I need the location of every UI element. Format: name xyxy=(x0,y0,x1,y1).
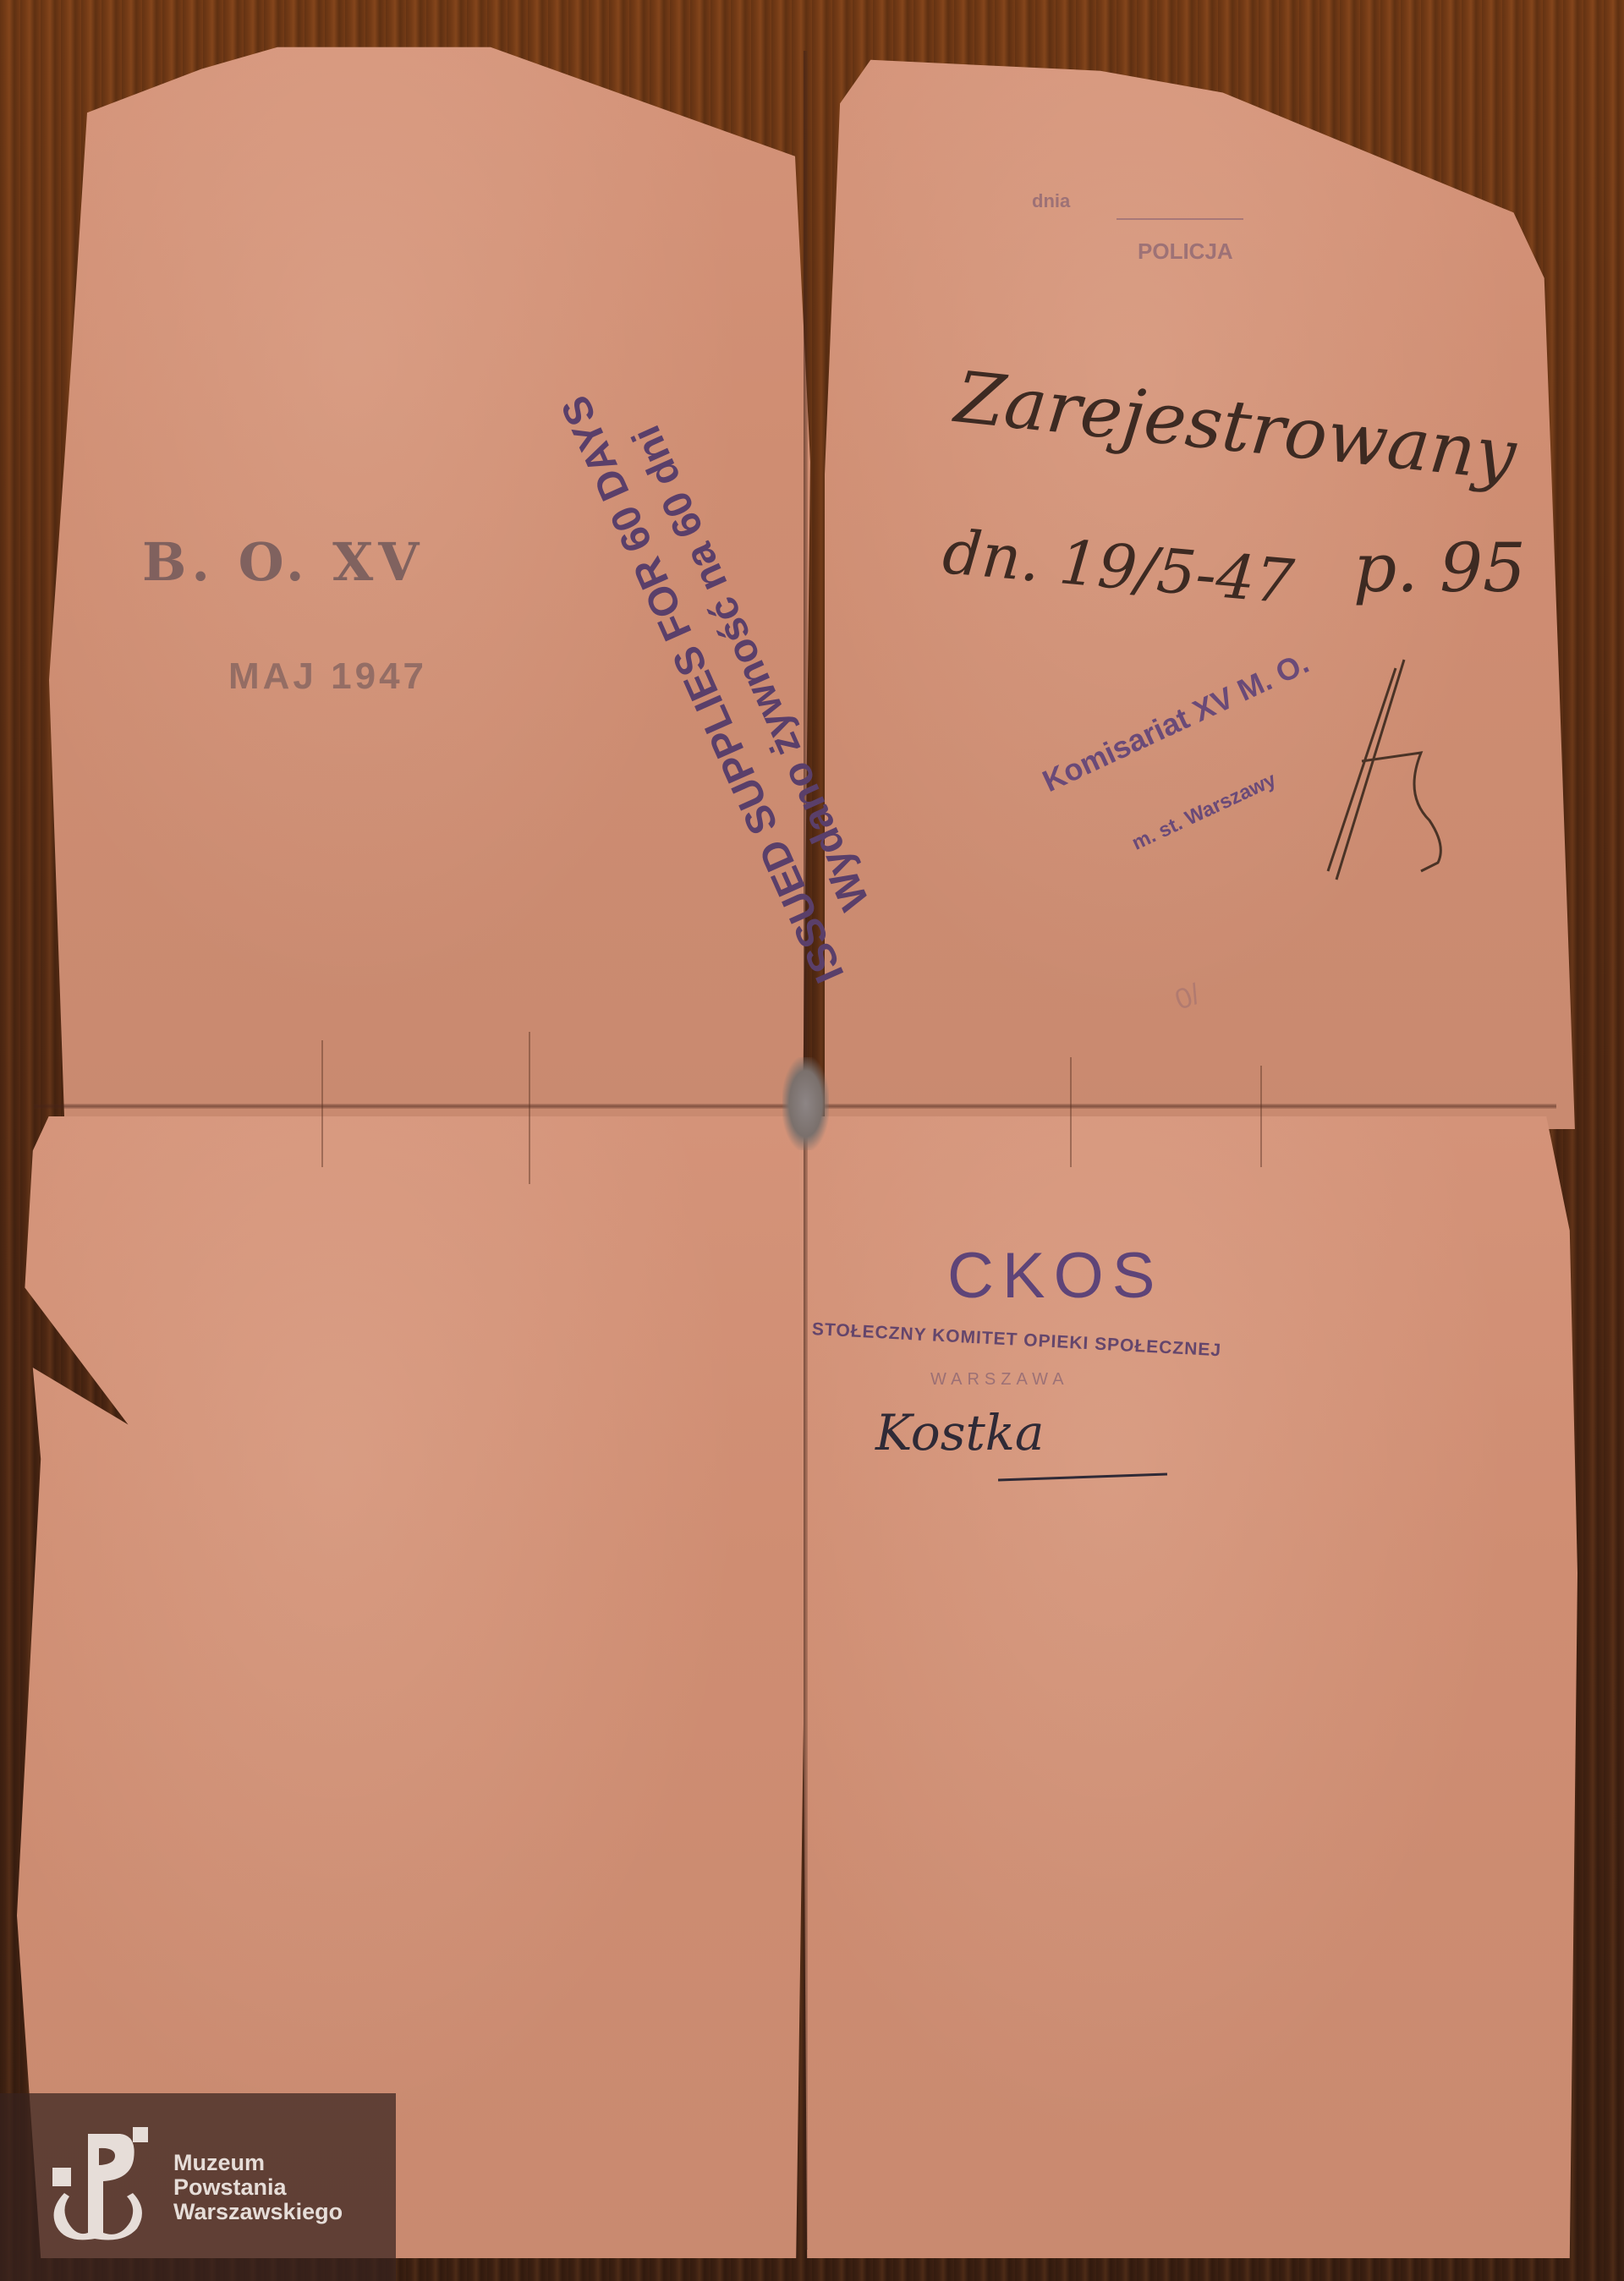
museum-name-line3: Warszawskiego xyxy=(173,2200,343,2224)
date-stamp: MAJ 1947 xyxy=(228,655,427,698)
document-panel-bottom-left xyxy=(17,1116,812,2258)
crease xyxy=(321,1040,323,1167)
museum-name-line1: Muzeum xyxy=(173,2151,343,2175)
signature-flourish xyxy=(1303,643,1472,896)
crease xyxy=(1260,1066,1262,1167)
museum-watermark: Muzeum Powstania Warszawskiego xyxy=(0,2093,396,2281)
signature-kostka: Kostka xyxy=(875,1404,1045,1461)
document-panel-bottom-right xyxy=(799,1116,1577,2258)
crease xyxy=(1070,1057,1072,1167)
office-stamp: B. O. XV xyxy=(142,531,424,593)
crease xyxy=(529,1032,530,1184)
handwriting-page-number: p. 95 xyxy=(1353,529,1526,607)
faint-stamp-text: POLICJA xyxy=(1138,239,1233,265)
faint-stamp-underline xyxy=(1116,218,1243,220)
museum-name-line2: Powstania xyxy=(173,2175,343,2200)
vertical-fold-line xyxy=(804,51,808,2250)
faint-stamp-label: dnia xyxy=(1032,190,1070,212)
museum-name: Muzeum Powstania Warszawskiego xyxy=(173,2151,343,2224)
ckos-stamp-city: WARSZAWA xyxy=(930,1370,1069,1390)
fold-intersection-wear xyxy=(782,1057,829,1150)
kotwica-anchor-icon xyxy=(52,2127,150,2241)
ckos-stamp-title: CKOS xyxy=(947,1239,1163,1313)
